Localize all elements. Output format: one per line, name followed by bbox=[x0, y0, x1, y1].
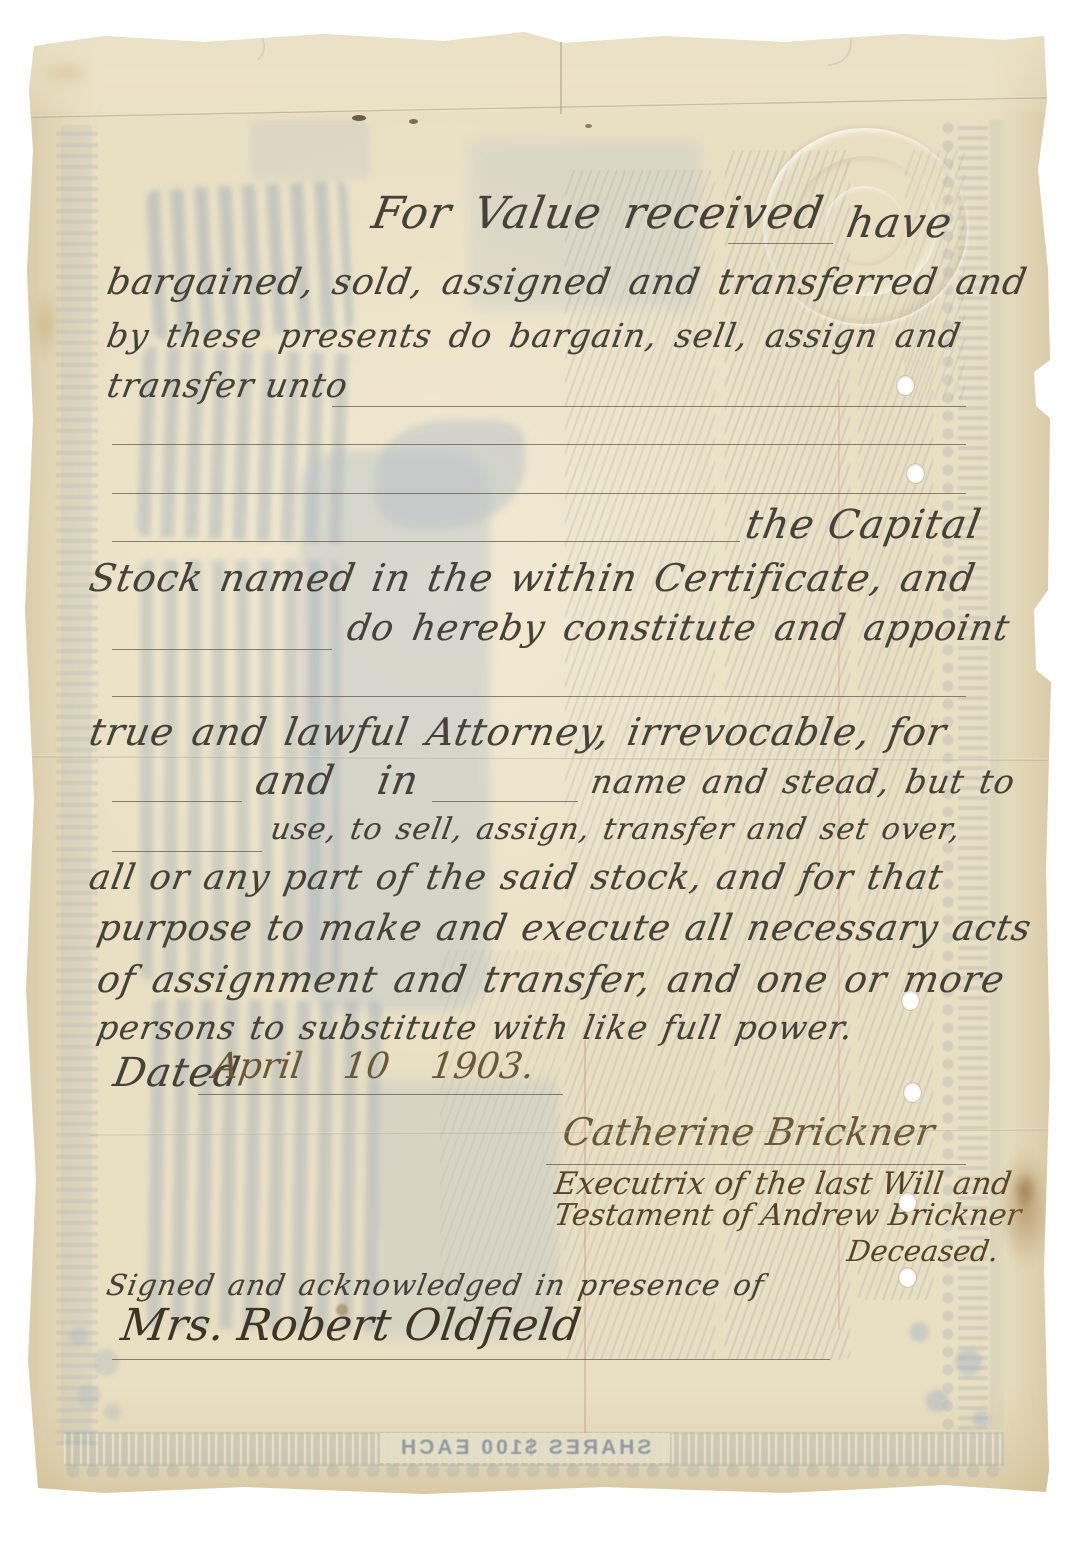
form-line-persons: persons to substitute with like full pow… bbox=[94, 1008, 857, 1047]
form-line-all-part: all or any part of the said stock, and f… bbox=[86, 858, 947, 898]
bleed-left-border bbox=[56, 125, 98, 1445]
bleed-bottom-zigzag bbox=[64, 1408, 1004, 1434]
form-phrase-the-capital: the Capital bbox=[742, 502, 985, 548]
handwritten-capacity-line1: Executrix of the last Will and bbox=[552, 1166, 1014, 1202]
form-line-stock-named: Stock named in the within Certificate, a… bbox=[86, 556, 979, 600]
form-line-transfer-unto: transfer unto bbox=[104, 366, 351, 406]
stain bbox=[336, 1304, 348, 1316]
form-line-name-stead: name and stead, but to bbox=[588, 762, 1018, 801]
speck bbox=[409, 119, 418, 124]
handwritten-capacity-line2: Testament of Andrew Brickner bbox=[552, 1198, 1023, 1233]
blank-line bbox=[112, 444, 966, 445]
blank-line bbox=[432, 801, 578, 802]
bleed-corner-ornament bbox=[58, 1300, 128, 1430]
punch-hole bbox=[897, 376, 914, 395]
punch-hole bbox=[899, 1193, 916, 1212]
bleed-bottom-text-panel: SHARES $100 EACH bbox=[380, 1433, 670, 1463]
mirrored-shares-text: SHARES $100 EACH bbox=[398, 1436, 651, 1460]
bleed-bottom-scallops bbox=[64, 1462, 1004, 1480]
form-line-bargained: bargained, sold, assigned and transferre… bbox=[104, 262, 1030, 303]
blank-line bbox=[112, 493, 966, 494]
bleed-through-column-rule bbox=[584, 1040, 586, 1440]
punch-hole bbox=[904, 1083, 921, 1102]
punch-hole bbox=[902, 991, 919, 1010]
form-line-value-received: For Value received bbox=[368, 188, 828, 239]
bleed-through-vignette bbox=[250, 120, 370, 180]
form-line-attorney: true and lawful Attorney, irrevocable, f… bbox=[86, 710, 950, 754]
blank-line bbox=[112, 851, 262, 852]
handwritten-capacity-line3: Deceased. bbox=[845, 1234, 1001, 1268]
handwritten-witness-signature: Mrs. Robert Oldfield bbox=[118, 1300, 584, 1351]
fold-crease-vertical bbox=[560, 32, 562, 114]
transferee-line bbox=[332, 406, 966, 407]
form-phrase-and-in: and in bbox=[252, 758, 423, 804]
scanned-stock-transfer-document: SHARES $100 EACH bbox=[0, 0, 1080, 1546]
form-line-constitute: do hereby constitute and appoint bbox=[344, 608, 1013, 649]
paper-content: SHARES $100 EACH bbox=[0, 0, 1080, 1546]
form-label-witness: Signed and acknowledged in presence of bbox=[104, 1268, 767, 1302]
blank-line bbox=[112, 649, 332, 650]
speck bbox=[585, 124, 592, 128]
certificate-paper: SHARES $100 EACH bbox=[24, 30, 1052, 1498]
witness-line bbox=[112, 1359, 830, 1360]
form-line-use-sell: use, to sell, assign, transfer and set o… bbox=[268, 812, 963, 847]
handwritten-date: April 10 1903. bbox=[210, 1046, 537, 1087]
blank-line bbox=[112, 541, 740, 542]
bleed-corner-ornament bbox=[880, 1290, 1010, 1440]
blank-line bbox=[728, 243, 833, 244]
form-word-have: have bbox=[843, 198, 956, 247]
punch-hole bbox=[899, 1268, 916, 1287]
form-line-assignment: of assignment and transfer, and one or m… bbox=[94, 958, 1008, 1001]
punch-hole bbox=[907, 464, 924, 483]
date-line bbox=[198, 1094, 563, 1095]
form-line-presents: by these presents do bargain, sell, assi… bbox=[104, 316, 964, 355]
speck bbox=[352, 115, 366, 121]
form-line-purpose: purpose to make and execute all necessar… bbox=[94, 908, 1035, 949]
stain bbox=[40, 58, 92, 88]
stain bbox=[1012, 1170, 1038, 1210]
signature-line bbox=[546, 1164, 966, 1165]
blank-line bbox=[112, 801, 242, 802]
stain bbox=[30, 290, 60, 360]
attorney-name-line bbox=[112, 696, 966, 697]
